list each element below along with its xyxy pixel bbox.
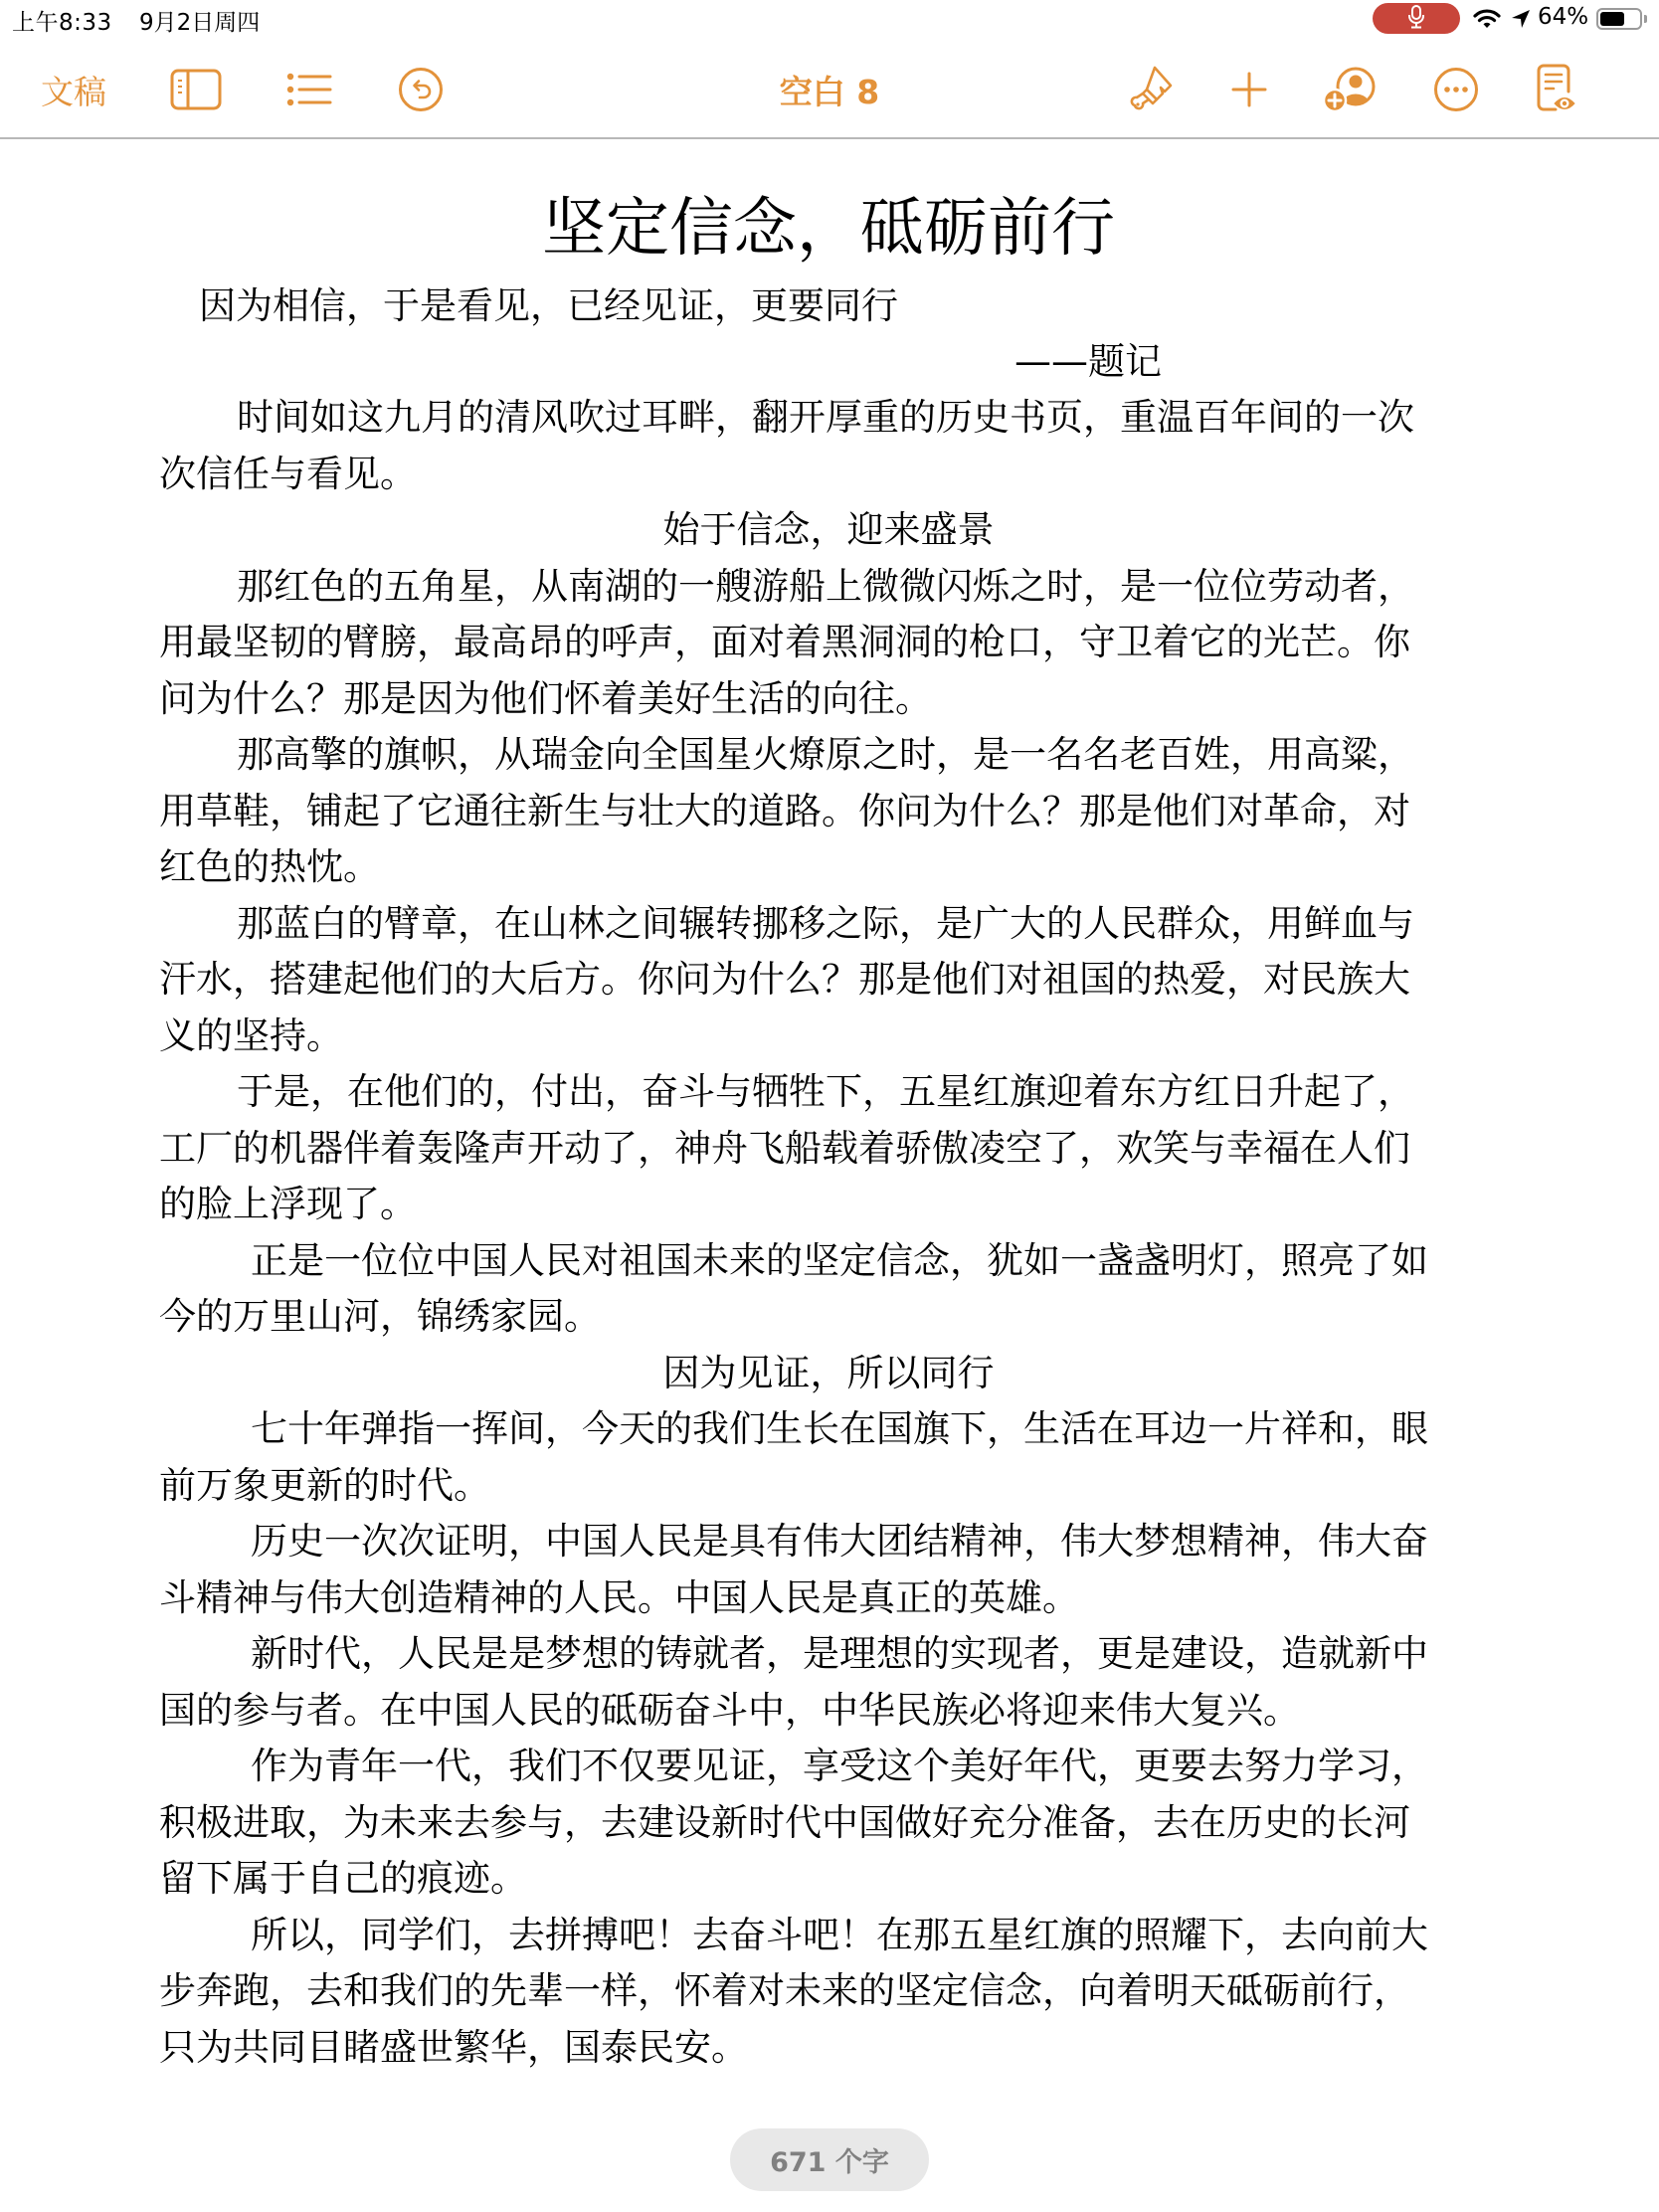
wifi-icon <box>1473 8 1501 34</box>
paragraph-line: 所以，同学们，去拼搏吧！去奋斗吧！在那五星红旗的照耀下，去向前大 <box>251 1908 1428 1963</box>
more-button[interactable] <box>1430 40 1482 139</box>
paragraph-line: 国的参与者。在中国人民的砥砺奋斗中，中华民族必将迎来伟大复兴。 <box>159 1683 1300 1739</box>
battery-icon <box>1596 8 1642 30</box>
status-date: 9月2日周四 <box>139 4 260 37</box>
paragraph-line: 汗水，搭建起他们的大后方。你问为什么？那是他们对祖国的热爱，对民族大 <box>159 952 1410 1008</box>
epigraph: 因为相信，于是看见，已经见证，更要同行 <box>199 278 898 334</box>
paragraph-line: 留下属于自己的痕迹。 <box>159 1851 527 1907</box>
paragraph-line: 新时代，人民是是梦想的铸就者，是理想的实现者，更是建设，造就新中 <box>251 1626 1428 1682</box>
undo-icon <box>398 67 444 112</box>
word-count-badge[interactable]: 671 个字 <box>730 2128 929 2191</box>
epigraph-attribution: ——题记 <box>1014 334 1162 390</box>
toolbar: 文稿 <box>0 40 1659 139</box>
paragraph-line: 用草鞋，铺起了它通往新生与壮大的道路。你问为什么？那是他们对革命，对 <box>159 784 1410 839</box>
mic-indicator[interactable] <box>1373 3 1460 34</box>
document-title[interactable]: 空白 8 <box>730 40 929 139</box>
paragraph-line: 义的坚持。 <box>159 1009 343 1064</box>
status-bar: 上午8:33 9月2日周四 64% <box>0 0 1659 40</box>
sidebar-toggle-button[interactable] <box>167 40 225 139</box>
format-button[interactable] <box>1124 40 1180 139</box>
list-icon <box>286 73 332 106</box>
paragraph-line: 积极进取，为未来去参与，去建设新时代中国做好充分准备，去在历史的长河 <box>159 1795 1410 1851</box>
status-time: 上午8:33 <box>12 4 112 37</box>
paragraph-line: 那红色的五角星，从南湖的一艘游船上微微闪烁之时，是一位位劳动者， <box>237 559 1414 615</box>
paragraph-line: 那蓝白的臂章，在山林之间辗转挪移之际，是广大的人民群众，用鲜血与 <box>237 896 1414 952</box>
add-icon <box>1231 72 1267 107</box>
paragraph-line: 红色的热忱。 <box>159 839 380 895</box>
paragraph-line: 次信任与看见。 <box>159 447 417 502</box>
reading-view-button[interactable] <box>1532 40 1581 139</box>
battery-percentage: 64% <box>1538 4 1588 30</box>
mic-icon <box>1407 5 1425 33</box>
paragraph-line: 历史一次次证明，中国人民是具有伟大团结精神，伟大梦想精神，伟大奋 <box>251 1514 1428 1569</box>
document-heading: 坚定信念，砥砺前行 <box>159 189 1498 269</box>
paragraph-line: 那高擎的旗帜，从瑞金向全国星火燎原之时，是一名名老百姓，用高粱， <box>237 727 1414 783</box>
location-arrow-icon <box>1510 8 1532 34</box>
paragraph-line: 今的万里山河，锦绣家园。 <box>159 1289 601 1345</box>
paragraph-line: 只为共同目睹盛世繁华，国泰民安。 <box>159 2020 748 2076</box>
collaborate-button[interactable] <box>1321 40 1381 139</box>
format-brush-icon <box>1127 64 1177 115</box>
section-heading: 始于信念，迎来盛景 <box>159 502 1498 558</box>
paragraph-line: 时间如这九月的清风吹过耳畔，翻开厚重的历史书页，重温百年间的一次 <box>237 390 1414 446</box>
paragraph-line: 工厂的机器伴着轰隆声开动了，神舟飞船载着骄傲凌空了，欢笑与幸福在人们 <box>159 1121 1410 1177</box>
paragraph-line: 前万象更新的时代。 <box>159 1458 490 1514</box>
paragraph-line: 步奔跑，去和我们的先辈一样，怀着对未来的坚定信念，向着明天砥砺前行， <box>159 1963 1410 2019</box>
paragraph-line: 于是，在他们的，付出，奋斗与牺牲下，五星红旗迎着东方红日升起了， <box>237 1064 1414 1120</box>
documents-button[interactable]: 文稿 <box>38 40 109 139</box>
outline-button[interactable] <box>283 40 335 139</box>
collaborate-icon <box>1323 65 1379 114</box>
undo-button[interactable] <box>395 40 447 139</box>
insert-button[interactable] <box>1225 40 1273 139</box>
paragraph-line: 作为青年一代，我们不仅要见证，享受这个美好年代，更要去努力学习， <box>251 1739 1428 1794</box>
section-heading: 因为见证，所以同行 <box>159 1346 1498 1401</box>
reading-view-icon <box>1536 64 1577 115</box>
sidebar-icon <box>170 69 222 110</box>
more-icon <box>1433 67 1479 112</box>
battery-cap <box>1644 15 1647 23</box>
paragraph-line: 七十年弹指一挥间，今天的我们生长在国旗下，生活在耳边一片祥和，眼 <box>251 1401 1428 1457</box>
paragraph-line: 斗精神与伟大创造精神的人民。中国人民是真正的英雄。 <box>159 1570 1079 1626</box>
paragraph-line: 用最坚韧的臂膀，最高昂的呼声，面对着黑洞洞的枪口，守卫着它的光芒。你 <box>159 615 1410 670</box>
paragraph-line: 问为什么？那是因为他们怀着美好生活的向往。 <box>159 671 932 727</box>
paragraph-line: 正是一位位中国人民对祖国未来的坚定信念，犹如一盏盏明灯，照亮了如 <box>251 1233 1428 1289</box>
battery-level <box>1600 12 1624 26</box>
paragraph-line: 的脸上浮现了。 <box>159 1177 417 1232</box>
